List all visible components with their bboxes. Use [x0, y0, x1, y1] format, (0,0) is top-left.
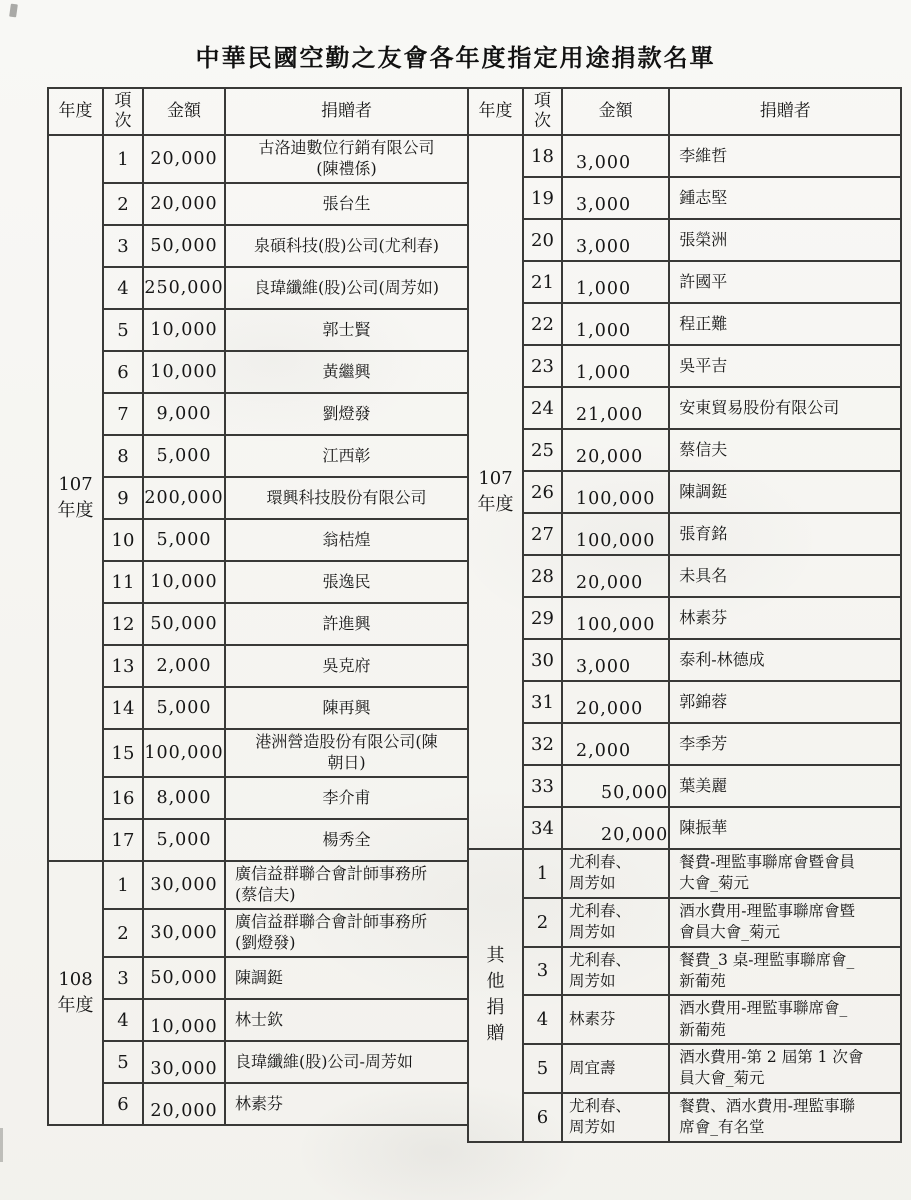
- donor-cell: 廣信益群聯合會計師事務所 (劉燈發): [225, 909, 468, 957]
- amount-cell: 2,000: [143, 645, 225, 687]
- donor-cell: 郭士賢: [225, 309, 468, 351]
- table-row: 145,000陳再興: [48, 687, 468, 729]
- donor-cell: 良瑋纖維(股)公司-周芳如: [225, 1041, 468, 1083]
- donor-cell: 劉燈發: [225, 393, 468, 435]
- amount-cell: 100,000: [562, 513, 669, 555]
- item-no-cell: 1: [103, 135, 143, 183]
- item-no-cell: 22: [523, 303, 562, 345]
- donor-cell: 吳克府: [225, 645, 468, 687]
- table-row: 193,000鍾志堅: [468, 177, 901, 219]
- amount-cell: 20,000: [562, 555, 669, 597]
- amount-cell: 20,000: [143, 1083, 225, 1125]
- amount-cell: 1,000: [562, 345, 669, 387]
- year-cell: 107 年度: [48, 135, 103, 861]
- item-no-cell: 4: [103, 267, 143, 309]
- item-no-cell: 12: [103, 603, 143, 645]
- amount-cell: 2,000: [562, 723, 669, 765]
- amount-cell: 30,000: [143, 861, 225, 909]
- item-no-cell: 6: [523, 1093, 562, 1142]
- year-cell: 107 年度: [468, 135, 523, 849]
- table-row: 303,000泰利-林德成: [468, 639, 901, 681]
- item-no-cell: 31: [523, 681, 562, 723]
- table-row: 350,000陳調鋌: [48, 957, 468, 999]
- item-no-cell: 3: [103, 225, 143, 267]
- purpose-cell: 餐費、酒水費用-理監事聯 席會_有名堂: [669, 1093, 901, 1142]
- table-row: 其 他 捐 贈1尤利春、 周芳如餐費-理監事聯席會暨會員 大會_菊元: [468, 849, 901, 898]
- amount-cell: 10,000: [143, 561, 225, 603]
- donor-cell: 翁桔煌: [225, 519, 468, 561]
- item-no-cell: 8: [103, 435, 143, 477]
- donor-cell: 張育銘: [669, 513, 901, 555]
- table-row: 220,000張台生: [48, 183, 468, 225]
- item-no-cell: 10: [103, 519, 143, 561]
- table-row: 2520,000蔡信夫: [468, 429, 901, 471]
- table-row: 510,000郭士賢: [48, 309, 468, 351]
- donor-cell: 李季芳: [669, 723, 901, 765]
- donor-cell: 郭錦蓉: [669, 681, 901, 723]
- item-no-cell: 21: [523, 261, 562, 303]
- donor-cell: 古洛迪數位行銷有限公司 (陳禮係): [225, 135, 468, 183]
- item-no-cell: 34: [523, 807, 562, 849]
- donor-cell: 李介甫: [225, 777, 468, 819]
- amount-cell: 3,000: [562, 639, 669, 681]
- donor-cell: 安東貿易股份有限公司: [669, 387, 901, 429]
- table-row: 105,000翁桔煌: [48, 519, 468, 561]
- donor-cell: 廣信益群聯合會計師事務所 (蔡信夫): [225, 861, 468, 909]
- payer-names-cell: 尤利春、 周芳如: [562, 849, 669, 898]
- item-no-cell: 30: [523, 639, 562, 681]
- header-donor: 捐贈者: [669, 88, 901, 135]
- table-row: 9200,000環興科技股份有限公司: [48, 477, 468, 519]
- item-no-cell: 16: [103, 777, 143, 819]
- donor-cell: 林素芬: [669, 597, 901, 639]
- donor-cell: 吳平吉: [669, 345, 901, 387]
- item-no-cell: 28: [523, 555, 562, 597]
- table-row: 350,000泉碩科技(股)公司(尤利春): [48, 225, 468, 267]
- item-no-cell: 3: [523, 947, 562, 996]
- item-no-cell: 18: [523, 135, 562, 177]
- item-no-cell: 17: [103, 819, 143, 861]
- item-no-cell: 15: [103, 729, 143, 777]
- item-no-cell: 25: [523, 429, 562, 471]
- amount-cell: 20,000: [143, 135, 225, 183]
- table-row: 4林素芬酒水費用-理監事聯席會_ 新葡苑: [468, 995, 901, 1044]
- item-no-cell: 13: [103, 645, 143, 687]
- item-no-cell: 27: [523, 513, 562, 555]
- amount-cell: 8,000: [143, 777, 225, 819]
- amount-cell: 20,000: [562, 429, 669, 471]
- payer-names-cell: 尤利春、 周芳如: [562, 898, 669, 947]
- amount-cell: 5,000: [143, 435, 225, 477]
- table-row: 107 年度183,000李維哲: [468, 135, 901, 177]
- item-no-cell: 4: [523, 995, 562, 1044]
- donor-cell: 泰利-林德成: [669, 639, 901, 681]
- table-row: 6尤利春、 周芳如餐費、酒水費用-理監事聯 席會_有名堂: [468, 1093, 901, 1142]
- item-no-cell: 33: [523, 765, 562, 807]
- amount-cell: 100,000: [562, 597, 669, 639]
- donor-cell: 李維哲: [669, 135, 901, 177]
- year-cell: 108 年度: [48, 861, 103, 1125]
- purpose-cell: 餐費_3 桌-理監事聯席會_ 新葡苑: [669, 947, 901, 996]
- item-no-cell: 3: [103, 957, 143, 999]
- amount-cell: 9,000: [143, 393, 225, 435]
- table-row: 2421,000安東貿易股份有限公司: [468, 387, 901, 429]
- amount-cell: 100,000: [143, 729, 225, 777]
- table-row: 132,000吳克府: [48, 645, 468, 687]
- amount-cell: 30,000: [143, 1041, 225, 1083]
- donor-cell: 黃繼興: [225, 351, 468, 393]
- amount-cell: 3,000: [562, 219, 669, 261]
- item-no-cell: 32: [523, 723, 562, 765]
- payer-names-cell: 林素芬: [562, 995, 669, 1044]
- item-no-cell: 14: [103, 687, 143, 729]
- table-row: 610,000黃繼興: [48, 351, 468, 393]
- donor-cell: 港洲營造股份有限公司(陳 朝日): [225, 729, 468, 777]
- table-row: 230,000廣信益群聯合會計師事務所 (劉燈發): [48, 909, 468, 957]
- item-no-cell: 5: [103, 309, 143, 351]
- table-row: 79,000劉燈發: [48, 393, 468, 435]
- table-row: 620,000林素芬: [48, 1083, 468, 1125]
- donor-cell: 林士欽: [225, 999, 468, 1041]
- purpose-cell: 酒水費用-第 2 屆第 1 次會 員大會_菊元: [669, 1044, 901, 1093]
- table-row: 231,000吳平吉: [468, 345, 901, 387]
- table-row: 3420,000陳振華: [468, 807, 901, 849]
- donor-cell: 許國平: [669, 261, 901, 303]
- table-row: 5周宜壽酒水費用-第 2 屆第 1 次會 員大會_菊元: [468, 1044, 901, 1093]
- item-no-cell: 2: [103, 909, 143, 957]
- table-row: 3120,000郭錦蓉: [468, 681, 901, 723]
- donation-table-left: 年度 項 次 金額 捐贈者 107 年度120,000古洛迪數位行銷有限公司 (…: [47, 87, 469, 1126]
- item-no-cell: 11: [103, 561, 143, 603]
- item-no-cell: 23: [523, 345, 562, 387]
- amount-cell: 5,000: [143, 687, 225, 729]
- donor-cell: 楊秀全: [225, 819, 468, 861]
- donor-cell: 蔡信夫: [669, 429, 901, 471]
- item-no-cell: 6: [103, 1083, 143, 1125]
- amount-cell: 250,000: [143, 267, 225, 309]
- table-row: 322,000李季芳: [468, 723, 901, 765]
- payer-names-cell: 尤利春、 周芳如: [562, 947, 669, 996]
- table-row: 3350,000葉美麗: [468, 765, 901, 807]
- table-row: 29100,000林素芬: [468, 597, 901, 639]
- amount-cell: 3,000: [562, 177, 669, 219]
- amount-cell: 3,000: [562, 135, 669, 177]
- donor-cell: 葉美麗: [669, 765, 901, 807]
- donor-cell: 陳振華: [669, 807, 901, 849]
- payer-names-cell: 周宜壽: [562, 1044, 669, 1093]
- item-no-cell: 29: [523, 597, 562, 639]
- amount-cell: 200,000: [143, 477, 225, 519]
- amount-cell: 5,000: [143, 519, 225, 561]
- table-row: 1250,000許進興: [48, 603, 468, 645]
- payer-names-cell: 尤利春、 周芳如: [562, 1093, 669, 1142]
- scan-artifact-top-left: [9, 4, 18, 18]
- donor-cell: 張逸民: [225, 561, 468, 603]
- purpose-cell: 餐費-理監事聯席會暨會員 大會_菊元: [669, 849, 901, 898]
- donation-table-right: 年度 項 次 金額 捐贈者 107 年度183,000李維哲193,000鍾志堅…: [467, 87, 902, 1143]
- amount-cell: 1,000: [562, 261, 669, 303]
- amount-cell: 50,000: [143, 603, 225, 645]
- donor-cell: 陳調鋌: [669, 471, 901, 513]
- item-no-cell: 5: [103, 1041, 143, 1083]
- amount-cell: 20,000: [143, 183, 225, 225]
- header-donor: 捐贈者: [225, 88, 468, 135]
- table-row: 27100,000張育銘: [468, 513, 901, 555]
- header-row: 年度 項 次 金額 捐贈者: [48, 88, 468, 135]
- amount-cell: 50,000: [143, 225, 225, 267]
- table-row: 108 年度130,000廣信益群聯合會計師事務所 (蔡信夫): [48, 861, 468, 909]
- table-row: 4250,000良瑋纖維(股)公司(周芳如): [48, 267, 468, 309]
- amount-cell: 50,000: [143, 957, 225, 999]
- amount-cell: 5,000: [143, 819, 225, 861]
- donor-cell: 良瑋纖維(股)公司(周芳如): [225, 267, 468, 309]
- item-no-cell: 5: [523, 1044, 562, 1093]
- table-row: 221,000程正難: [468, 303, 901, 345]
- table-row: 2尤利春、 周芳如酒水費用-理監事聯席會暨 會員大會_菊元: [468, 898, 901, 947]
- amount-cell: 50,000: [562, 765, 669, 807]
- donor-cell: 陳調鋌: [225, 957, 468, 999]
- donor-cell: 鍾志堅: [669, 177, 901, 219]
- amount-cell: 20,000: [562, 681, 669, 723]
- donor-cell: 張台生: [225, 183, 468, 225]
- item-no-cell: 6: [103, 351, 143, 393]
- donor-cell: 環興科技股份有限公司: [225, 477, 468, 519]
- item-no-cell: 1: [103, 861, 143, 909]
- purpose-cell: 酒水費用-理監事聯席會暨 會員大會_菊元: [669, 898, 901, 947]
- table-row: 107 年度120,000古洛迪數位行銷有限公司 (陳禮係): [48, 135, 468, 183]
- donor-cell: 林素芬: [225, 1083, 468, 1125]
- table-row: 1110,000張逸民: [48, 561, 468, 603]
- table-row: 2820,000未具名: [468, 555, 901, 597]
- item-no-cell: 4: [103, 999, 143, 1041]
- table-row: 168,000李介甫: [48, 777, 468, 819]
- header-row: 年度 項 次 金額 捐贈者: [468, 88, 901, 135]
- donor-cell: 泉碩科技(股)公司(尤利春): [225, 225, 468, 267]
- item-no-cell: 9: [103, 477, 143, 519]
- amount-cell: 10,000: [143, 351, 225, 393]
- amount-cell: 21,000: [562, 387, 669, 429]
- amount-cell: 100,000: [562, 471, 669, 513]
- table-row: 211,000許國平: [468, 261, 901, 303]
- item-no-cell: 2: [103, 183, 143, 225]
- table-row: 85,000江西彰: [48, 435, 468, 477]
- item-no-cell: 24: [523, 387, 562, 429]
- header-year: 年度: [468, 88, 523, 135]
- table-row: 26100,000陳調鋌: [468, 471, 901, 513]
- amount-cell: 30,000: [143, 909, 225, 957]
- item-no-cell: 7: [103, 393, 143, 435]
- item-no-cell: 1: [523, 849, 562, 898]
- donor-cell: 程正難: [669, 303, 901, 345]
- header-item-no: 項 次: [103, 88, 143, 135]
- donor-cell: 江西彰: [225, 435, 468, 477]
- donor-cell: 許進興: [225, 603, 468, 645]
- donor-cell: 未具名: [669, 555, 901, 597]
- header-year: 年度: [48, 88, 103, 135]
- item-no-cell: 19: [523, 177, 562, 219]
- table-row: 203,000張榮洲: [468, 219, 901, 261]
- purpose-cell: 酒水費用-理監事聯席會_ 新葡苑: [669, 995, 901, 1044]
- donor-cell: 張榮洲: [669, 219, 901, 261]
- page-title: 中華民國空勤之友會各年度指定用途捐款名單: [0, 38, 911, 73]
- year-cell: 其 他 捐 贈: [468, 849, 523, 1142]
- item-no-cell: 26: [523, 471, 562, 513]
- table-row: 3尤利春、 周芳如餐費_3 桌-理監事聯席會_ 新葡苑: [468, 947, 901, 996]
- amount-cell: 20,000: [562, 807, 669, 849]
- table-row: 15100,000港洲營造股份有限公司(陳 朝日): [48, 729, 468, 777]
- amount-cell: 10,000: [143, 999, 225, 1041]
- header-amount: 金額: [143, 88, 225, 135]
- header-item-no: 項 次: [523, 88, 562, 135]
- item-no-cell: 20: [523, 219, 562, 261]
- amount-cell: 10,000: [143, 309, 225, 351]
- scan-artifact-bottom-left: [0, 1128, 3, 1162]
- table-row: 530,000良瑋纖維(股)公司-周芳如: [48, 1041, 468, 1083]
- donation-tables: 年度 項 次 金額 捐贈者 107 年度120,000古洛迪數位行銷有限公司 (…: [47, 87, 902, 1143]
- header-amount: 金額: [562, 88, 669, 135]
- donor-cell: 陳再興: [225, 687, 468, 729]
- amount-cell: 1,000: [562, 303, 669, 345]
- table-row: 410,000林士欽: [48, 999, 468, 1041]
- item-no-cell: 2: [523, 898, 562, 947]
- table-row: 175,000楊秀全: [48, 819, 468, 861]
